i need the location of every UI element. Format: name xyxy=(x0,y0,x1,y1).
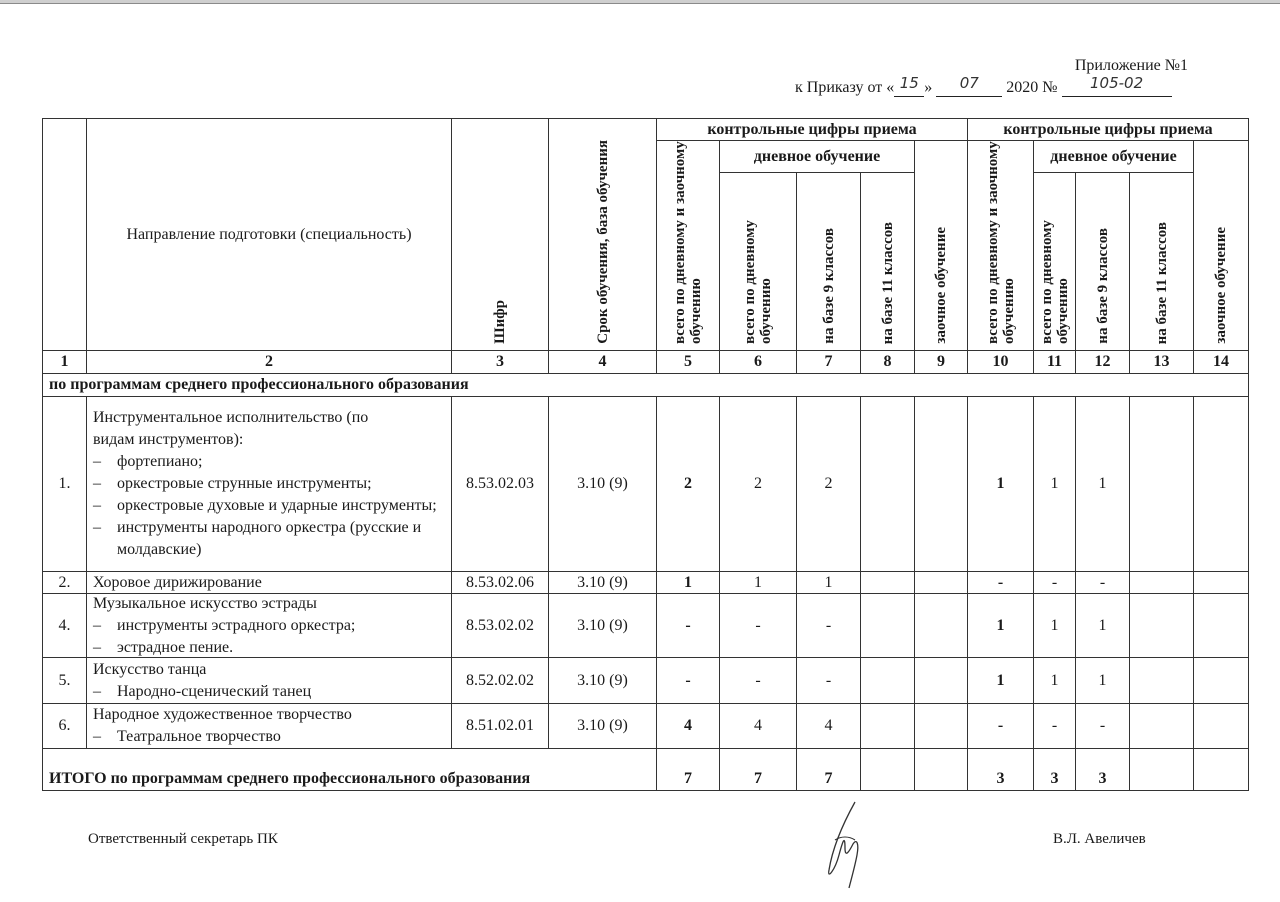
order-mid: » xyxy=(924,79,932,96)
row-value-text: 1 xyxy=(1099,475,1107,493)
direction-description: Инструментальное исполнительство (повида… xyxy=(87,405,451,563)
column-number-text: 1 xyxy=(61,353,69,371)
row-value xyxy=(1129,657,1194,704)
order-month: 07 xyxy=(960,74,979,92)
header-col-12: на базе 9 классов xyxy=(1075,172,1130,351)
row-value: - xyxy=(1075,571,1130,594)
row-code-text: 8.53.02.02 xyxy=(466,617,534,635)
header-col-5-text: всего по дневному и заочному обучению xyxy=(672,141,704,344)
row-value-text: 1 xyxy=(997,617,1005,635)
total-value: 3 xyxy=(1033,748,1076,791)
row-term: 3.10 (9) xyxy=(548,657,657,704)
row-number: 2. xyxy=(42,571,87,594)
row-value xyxy=(1129,396,1194,572)
row-code-text: 8.53.02.03 xyxy=(466,475,534,493)
row-value xyxy=(1193,703,1249,749)
row-code: 8.53.02.02 xyxy=(451,593,549,658)
row-value: 1 xyxy=(1033,593,1076,658)
order-month-field: 07 xyxy=(936,78,1002,97)
direction-title: Искусство танца xyxy=(93,659,311,681)
row-value-text: 4 xyxy=(684,717,692,735)
header-col-code: Шифр xyxy=(451,118,549,351)
order-day: 15 xyxy=(900,74,919,92)
row-number: 1. xyxy=(42,396,87,572)
row-value-text: - xyxy=(826,617,831,635)
row-value-text: 1 xyxy=(1099,617,1107,635)
row-value: - xyxy=(967,571,1034,594)
direction-item: Театральное творчество xyxy=(93,726,352,748)
row-value xyxy=(914,593,968,658)
column-number-text: 7 xyxy=(825,353,833,371)
row-value xyxy=(860,396,915,572)
row-number-text: 1. xyxy=(59,475,71,493)
row-value-text: - xyxy=(1100,717,1105,735)
header-subgroup-b: дневное обучение xyxy=(1033,140,1194,173)
row-value-text: 1 xyxy=(1099,672,1107,690)
total-value xyxy=(860,748,915,791)
header-col-7: на базе 9 классов xyxy=(796,172,861,351)
section-title-text: по программам среднего профессионального… xyxy=(49,376,469,394)
direction-item: инструменты эстрадного оркестра; xyxy=(93,615,355,637)
section-title: по программам среднего профессионального… xyxy=(42,373,1249,397)
direction-description: Искусство танцаНародно-сценический танец xyxy=(87,657,317,705)
column-number-text: 11 xyxy=(1047,353,1062,371)
row-number: 5. xyxy=(42,657,87,704)
row-code: 8.53.02.03 xyxy=(451,396,549,572)
row-value xyxy=(914,703,968,749)
total-value: 7 xyxy=(656,748,720,791)
column-number: 12 xyxy=(1075,350,1130,374)
row-direction: Народное художественное творчествоТеатра… xyxy=(86,703,452,749)
row-value xyxy=(1129,703,1194,749)
column-number: 14 xyxy=(1193,350,1249,374)
total-value xyxy=(1193,748,1249,791)
total-value: 3 xyxy=(967,748,1034,791)
direction-description: Народное художественное творчествоТеатра… xyxy=(87,702,358,750)
total-value-text: 7 xyxy=(825,770,833,788)
direction-title: видам инструментов): xyxy=(93,429,445,451)
direction-item: фортепиано; xyxy=(93,451,445,473)
row-value: 2 xyxy=(796,396,861,572)
row-value: - xyxy=(1033,571,1076,594)
row-value-text: 1 xyxy=(684,574,692,592)
column-number-text: 2 xyxy=(265,353,273,371)
signatory-name: В.Л. Авеличев xyxy=(1053,831,1146,848)
row-value-text: 1 xyxy=(1051,475,1059,493)
row-number-text: 4. xyxy=(59,617,71,635)
row-value-text: 1 xyxy=(825,574,833,592)
column-number: 1 xyxy=(42,350,87,374)
signatory-position: Ответственный секретарь ПК xyxy=(88,831,278,848)
row-term-text: 3.10 (9) xyxy=(577,672,628,690)
row-code-text: 8.52.02.02 xyxy=(466,672,534,690)
row-value: 1 xyxy=(967,396,1034,572)
column-number: 11 xyxy=(1033,350,1076,374)
total-value-text: 3 xyxy=(1051,770,1059,788)
row-direction: Музыкальное искусство эстрадыинструменты… xyxy=(86,593,452,658)
row-term: 3.10 (9) xyxy=(548,571,657,594)
order-number-field: 105-02 xyxy=(1062,78,1172,97)
row-value xyxy=(1129,593,1194,658)
order-number: 105-02 xyxy=(1090,74,1143,92)
header-col-code-text: Шифр xyxy=(492,300,508,344)
header-col-7-text: на базе 9 классов xyxy=(821,228,837,344)
row-term-text: 3.10 (9) xyxy=(577,717,628,735)
row-value: 1 xyxy=(1033,657,1076,704)
row-value: 1 xyxy=(1075,593,1130,658)
row-value xyxy=(914,657,968,704)
direction-item: оркестровые духовые и ударные инструмент… xyxy=(93,495,445,517)
row-value-text: - xyxy=(998,574,1003,592)
header-subgroup-a-text: дневное обучение xyxy=(754,148,880,166)
row-number-text: 6. xyxy=(59,717,71,735)
row-value-text: 1 xyxy=(997,672,1005,690)
header-col-9: заочное обучение xyxy=(914,140,968,351)
row-value-text: - xyxy=(685,617,690,635)
row-term-text: 3.10 (9) xyxy=(577,574,628,592)
header-col-14: заочное обучение xyxy=(1193,140,1249,351)
row-value xyxy=(1193,396,1249,572)
column-number: 5 xyxy=(656,350,720,374)
row-value xyxy=(860,593,915,658)
header-col-10: всего по дневному и заочному обучению xyxy=(967,140,1034,351)
row-value-text: - xyxy=(755,617,760,635)
row-term: 3.10 (9) xyxy=(548,396,657,572)
row-value: 4 xyxy=(719,703,797,749)
row-code-text: 8.53.02.06 xyxy=(466,574,534,592)
row-value: - xyxy=(719,657,797,704)
header-col-10-text: всего по дневному и заочному обучению xyxy=(985,141,1017,344)
row-value xyxy=(860,703,915,749)
row-code-text: 8.51.02.01 xyxy=(466,717,534,735)
header-col-6: всего по дневному обучению xyxy=(719,172,797,351)
column-number-text: 13 xyxy=(1154,353,1170,371)
header-col-8: на базе 11 классов xyxy=(860,172,915,351)
column-number-text: 6 xyxy=(754,353,762,371)
column-number-text: 14 xyxy=(1213,353,1229,371)
total-value: 3 xyxy=(1075,748,1130,791)
row-value-text: 2 xyxy=(825,475,833,493)
column-number: 3 xyxy=(451,350,549,374)
row-value xyxy=(1193,657,1249,704)
header-col-term: Срок обучения, база обучения xyxy=(548,118,657,351)
row-value-text: 4 xyxy=(754,717,762,735)
row-value: 1 xyxy=(967,593,1034,658)
row-value-text: - xyxy=(1100,574,1105,592)
row-value-text: - xyxy=(826,672,831,690)
header-col-direction-text: Направление подготовки (специальность) xyxy=(126,226,411,244)
column-number: 13 xyxy=(1129,350,1194,374)
direction-title: Инструментальное исполнительство (по xyxy=(93,407,445,429)
direction-item: инструменты народного оркестра (русские … xyxy=(93,517,445,561)
row-value-text: 2 xyxy=(684,475,692,493)
row-value-text: - xyxy=(1052,717,1057,735)
direction-item: эстрадное пение. xyxy=(93,637,355,659)
header-group-b: контрольные цифры приема xyxy=(967,118,1249,141)
header-col-6-text: всего по дневному обучению xyxy=(742,173,774,344)
row-value xyxy=(914,571,968,594)
header-col-14-text: заочное обучение xyxy=(1213,227,1229,344)
row-term: 3.10 (9) xyxy=(548,593,657,658)
row-code: 8.51.02.01 xyxy=(451,703,549,749)
signature-icon xyxy=(815,800,895,890)
row-value xyxy=(860,571,915,594)
column-number-text: 4 xyxy=(599,353,607,371)
header-col-8-text: на базе 11 классов xyxy=(880,222,896,344)
total-value: 7 xyxy=(719,748,797,791)
row-value: 1 xyxy=(656,571,720,594)
row-term-text: 3.10 (9) xyxy=(577,475,628,493)
row-value-text: - xyxy=(685,672,690,690)
direction-description: Музыкальное искусство эстрадыинструменты… xyxy=(87,591,361,661)
row-value-text: 1 xyxy=(1051,672,1059,690)
total-value xyxy=(914,748,968,791)
order-prefix: к Приказу от « xyxy=(795,79,894,96)
total-value-text: 7 xyxy=(684,770,692,788)
header-col-direction: Направление подготовки (специальность) xyxy=(86,118,452,351)
column-number-text: 5 xyxy=(684,353,692,371)
row-value: - xyxy=(656,593,720,658)
row-value: 1 xyxy=(719,571,797,594)
row-value: - xyxy=(656,657,720,704)
row-value xyxy=(1193,571,1249,594)
row-direction: Искусство танцаНародно-сценический танец xyxy=(86,657,452,704)
row-value: 2 xyxy=(719,396,797,572)
row-value: 4 xyxy=(656,703,720,749)
direction-title: Музыкальное искусство эстрады xyxy=(93,593,355,615)
row-value: - xyxy=(796,593,861,658)
row-value xyxy=(1129,571,1194,594)
header-col-5: всего по дневному и заочному обучению xyxy=(656,140,720,351)
total-value-text: 3 xyxy=(997,770,1005,788)
header-col-1 xyxy=(42,118,87,351)
header-subgroup-a: дневное обучение xyxy=(719,140,915,173)
row-term-text: 3.10 (9) xyxy=(577,617,628,635)
row-value-text: - xyxy=(1052,574,1057,592)
total-label: ИТОГО по программам среднего профессиона… xyxy=(42,748,657,791)
column-number: 2 xyxy=(86,350,452,374)
header-col-term-text: Срок обучения, база обучения xyxy=(595,140,611,344)
row-value xyxy=(914,396,968,572)
column-number: 6 xyxy=(719,350,797,374)
row-direction: Инструментальное исполнительство (повида… xyxy=(86,396,452,572)
appendix-label: Приложение №1 xyxy=(1075,57,1188,75)
total-value-text: 3 xyxy=(1099,770,1107,788)
column-number-text: 3 xyxy=(496,353,504,371)
header-group-a: контрольные цифры приема xyxy=(656,118,968,141)
total-label-text: ИТОГО по программам среднего профессиона… xyxy=(49,770,530,788)
row-value-text: 1 xyxy=(754,574,762,592)
column-number: 8 xyxy=(860,350,915,374)
row-value: 1 xyxy=(1075,396,1130,572)
row-code: 8.52.02.02 xyxy=(451,657,549,704)
header-col-9-text: заочное обучение xyxy=(933,227,949,344)
row-value: 2 xyxy=(656,396,720,572)
column-number: 7 xyxy=(796,350,861,374)
row-value: - xyxy=(796,657,861,704)
header-col-11: всего по дневному обучению xyxy=(1033,172,1076,351)
header-subgroup-b-text: дневное обучение xyxy=(1050,148,1176,166)
order-day-field: 15 xyxy=(894,78,924,97)
total-value xyxy=(1129,748,1194,791)
row-value: - xyxy=(1033,703,1076,749)
row-value-text: 4 xyxy=(825,717,833,735)
column-number-text: 8 xyxy=(884,353,892,371)
row-value: - xyxy=(1075,703,1130,749)
row-value: 1 xyxy=(967,657,1034,704)
row-number-text: 5. xyxy=(59,672,71,690)
direction-item: оркестровые струнные инструменты; xyxy=(93,473,445,495)
row-term: 3.10 (9) xyxy=(548,703,657,749)
order-reference: к Приказу от «15» 07 2020 № 105-02 xyxy=(795,78,1172,97)
row-value: 4 xyxy=(796,703,861,749)
column-number-text: 9 xyxy=(937,353,945,371)
direction-item: Народно-сценический танец xyxy=(93,681,311,703)
row-value-text: - xyxy=(755,672,760,690)
header-col-12-text: на базе 9 классов xyxy=(1095,228,1111,344)
row-value-text: 1 xyxy=(1051,617,1059,635)
row-value: - xyxy=(719,593,797,658)
header-col-13-text: на базе 11 классов xyxy=(1154,222,1170,344)
row-code: 8.53.02.06 xyxy=(451,571,549,594)
direction-title: Народное художественное творчество xyxy=(93,704,352,726)
row-value xyxy=(860,657,915,704)
column-number-text: 10 xyxy=(993,353,1009,371)
row-value: 1 xyxy=(1033,396,1076,572)
total-value-text: 7 xyxy=(754,770,762,788)
row-value: 1 xyxy=(796,571,861,594)
row-number-text: 2. xyxy=(59,574,71,592)
row-value-text: - xyxy=(998,717,1003,735)
header-group-a-text: контрольные цифры приема xyxy=(707,121,916,139)
order-year: 2020 № xyxy=(1006,79,1057,96)
header-col-13: на базе 11 классов xyxy=(1129,172,1194,351)
total-value: 7 xyxy=(796,748,861,791)
row-number: 4. xyxy=(42,593,87,658)
header-group-b-text: контрольные цифры приема xyxy=(1003,121,1212,139)
scan-top-line xyxy=(0,3,1280,4)
column-number: 9 xyxy=(914,350,968,374)
row-value: 1 xyxy=(1075,657,1130,704)
header-col-11-text: всего по дневному обучению xyxy=(1039,173,1071,344)
column-number: 4 xyxy=(548,350,657,374)
row-number: 6. xyxy=(42,703,87,749)
column-number-text: 12 xyxy=(1095,353,1111,371)
column-number: 10 xyxy=(967,350,1034,374)
row-value xyxy=(1193,593,1249,658)
row-value-text: 1 xyxy=(997,475,1005,493)
row-value: - xyxy=(967,703,1034,749)
row-value-text: 2 xyxy=(754,475,762,493)
